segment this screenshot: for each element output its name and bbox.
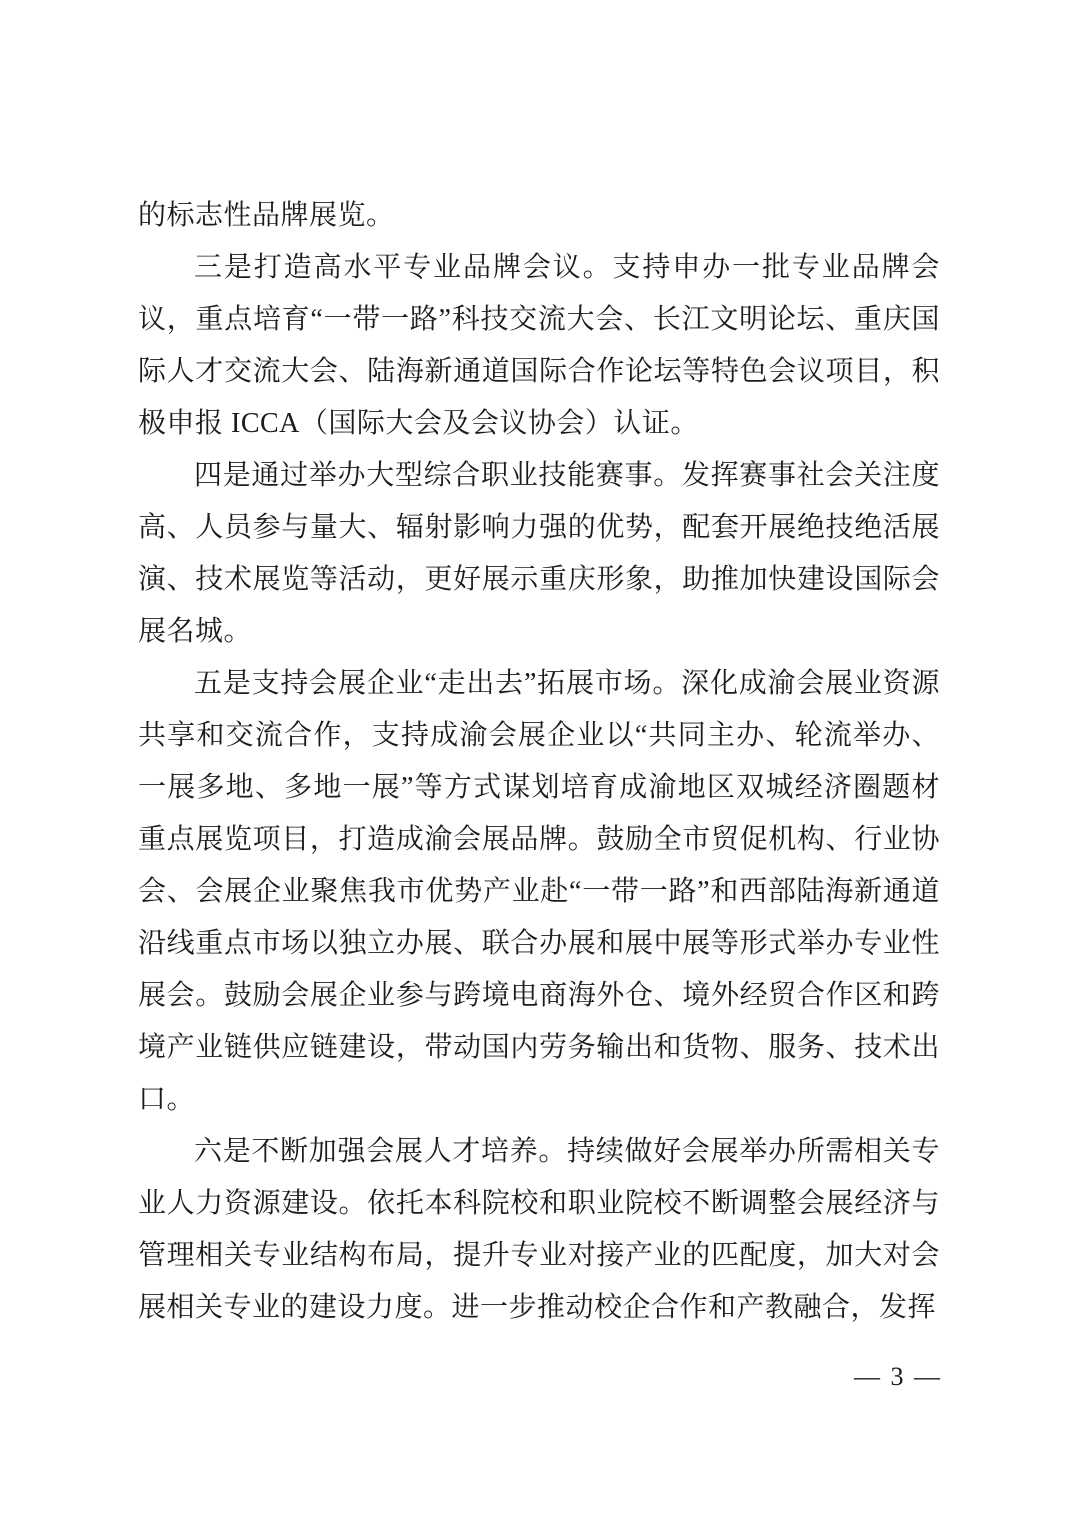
document-text-block: 的标志性品牌展览。 三是打造高水平专业品牌会议。支持申办一批专业品牌会议，重点培… bbox=[138, 190, 940, 1334]
paragraph-point-six: 六是不断加强会展人才培养。持续做好会展举办所需相关专业人力资源建设。依托本科院校… bbox=[138, 1126, 940, 1334]
page-number: — 3 — bbox=[854, 1362, 942, 1392]
paragraph-point-four: 四是通过举办大型综合职业技能赛事。发挥赛事社会关注度高、人员参与量大、辐射影响力… bbox=[138, 450, 940, 658]
paragraph-point-three: 三是打造高水平专业品牌会议。支持申办一批专业品牌会议，重点培育“一带一路”科技交… bbox=[138, 242, 940, 450]
paragraph-point-five: 五是支持会展企业“走出去”拓展市场。深化成渝会展业资源共享和交流合作，支持成渝会… bbox=[138, 658, 940, 1126]
paragraph-continuation: 的标志性品牌展览。 bbox=[138, 190, 940, 242]
document-page: 的标志性品牌展览。 三是打造高水平专业品牌会议。支持申办一批专业品牌会议，重点培… bbox=[0, 0, 1074, 1520]
